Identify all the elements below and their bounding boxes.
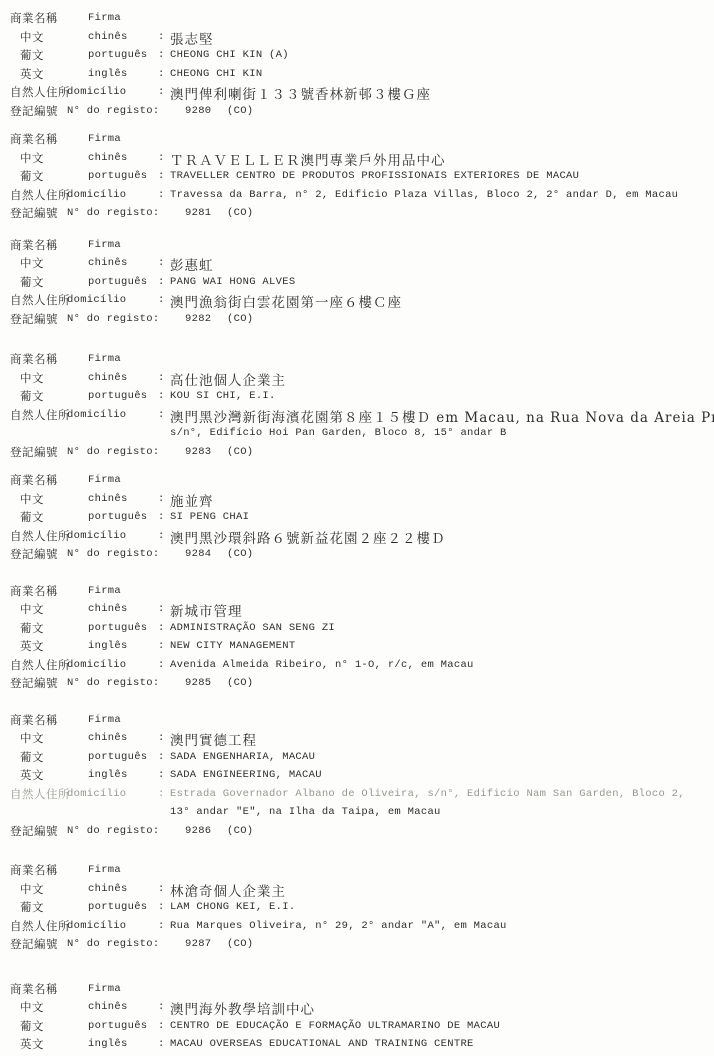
- english-label-zh: 英文: [20, 638, 44, 654]
- english-name-row: 英文 inglês : SADA ENGINEERING, MACAU: [0, 765, 714, 784]
- english-label-zh: 英文: [20, 767, 44, 783]
- colon-separator: :: [158, 294, 165, 306]
- colon-separator: :: [158, 372, 165, 384]
- domicile-label-zh: 自然人住所: [10, 84, 70, 100]
- registry-label-zh: 登記編號: [10, 546, 58, 562]
- firm-label-pt: Firma: [88, 585, 121, 597]
- chinese-label-zh: 中文: [20, 29, 44, 45]
- chinese-name-row: 中文 chinês : ＴＲＡＶＥＬＬＥＲ澳門專業戶外用品中心: [0, 148, 714, 167]
- domicile-continuation-row: 13° andar "E", na Ilha da Taipa, em Maca…: [0, 802, 714, 821]
- colon-separator: :: [158, 1038, 165, 1050]
- registry-number-row: 登記編號 N° do registo: 9282 (CO): [0, 309, 714, 328]
- colon-separator: :: [158, 257, 165, 269]
- portuguese-name-value: KOU SI CHI, E.I.: [170, 390, 276, 402]
- registry-entry: 商業名稱 Firma 中文 chinês : ＴＲＡＶＥＬＬＥＲ澳門專業戶外用品…: [0, 129, 714, 222]
- domicile-row: 自然人住所 domicílio : 澳門俾利喇街１３３號香林新邨３樓Ｇ座: [0, 82, 714, 101]
- chinese-name-row: 中文 chinês : 澳門海外教學培訓中心: [0, 997, 714, 1016]
- english-label-pt: inglês: [88, 640, 128, 652]
- registry-label-zh: 登記編號: [10, 311, 58, 327]
- firm-header-row: 商業名稱 Firma: [0, 470, 714, 489]
- domicile-label-pt: domicílio: [67, 86, 126, 98]
- colon-separator: :: [158, 901, 165, 913]
- domicile-label-zh: 自然人住所: [10, 292, 70, 308]
- portuguese-name-value: CHEONG CHI KIN (A): [170, 49, 289, 61]
- portuguese-label-zh: 葡文: [20, 1018, 44, 1034]
- firm-label-zh: 商業名稱: [10, 351, 58, 367]
- registry-type: (CO): [227, 207, 253, 219]
- colon-separator: :: [158, 659, 165, 671]
- chinese-name-row: 中文 chinês : 高仕池個人企業主: [0, 368, 714, 387]
- colon-separator: :: [158, 189, 165, 201]
- domicile-value: Estrada Governador Albano de Oliveira, s…: [170, 788, 685, 800]
- portuguese-name-value: PANG WAI HONG ALVES: [170, 276, 295, 288]
- portuguese-label-zh: 葡文: [20, 899, 44, 915]
- domicile-value-line2: s/n°, Edifício Hoi Pan Garden, Bloco 8, …: [170, 427, 507, 439]
- domicile-label-zh: 自然人住所: [10, 657, 70, 673]
- chinese-name-row: 中文 chinês : 澳門實德工程: [0, 728, 714, 747]
- registry-label-zh: 登記編號: [10, 103, 58, 119]
- english-name-value: MACAU OVERSEAS EDUCATIONAL AND TRAINING …: [170, 1038, 474, 1050]
- registry-label-zh: 登記編號: [10, 205, 58, 221]
- chinese-label-pt: chinês: [88, 152, 128, 164]
- chinese-label-pt: chinês: [88, 493, 128, 505]
- portuguese-name-row: 葡文 português : KOU SI CHI, E.I.: [0, 386, 714, 405]
- colon-separator: :: [158, 31, 165, 43]
- registry-entry: 商業名稱 Firma 中文 chinês : 彭惠虹 葡文 português …: [0, 235, 714, 328]
- portuguese-name-value: TRAVELLER CENTRO DE PRODUTOS PROFISSIONA…: [170, 170, 579, 182]
- chinese-label-zh: 中文: [20, 601, 44, 617]
- colon-separator: :: [158, 1001, 165, 1013]
- portuguese-name-row: 葡文 português : CENTRO DE EDUCAÇÃO E FORM…: [0, 1016, 714, 1035]
- portuguese-name-value: SI PENG CHAI: [170, 511, 249, 523]
- registry-label-pt: N° do registo:: [67, 548, 159, 560]
- firm-header-row: 商業名稱 Firma: [0, 129, 714, 148]
- portuguese-label-zh: 葡文: [20, 47, 44, 63]
- registry-label-zh: 登記編號: [10, 936, 58, 952]
- registry-entry: 商業名稱 Firma 中文 chinês : 新城市管理 葡文 portuguê…: [0, 581, 714, 692]
- firm-label-zh: 商業名稱: [10, 10, 58, 26]
- english-name-value: NEW CITY MANAGEMENT: [170, 640, 295, 652]
- portuguese-label-zh: 葡文: [20, 509, 44, 525]
- colon-separator: :: [158, 769, 165, 781]
- firm-label-pt: Firma: [88, 239, 121, 251]
- firm-label-zh: 商業名稱: [10, 472, 58, 488]
- firm-label-pt: Firma: [88, 983, 121, 995]
- chinese-label-zh: 中文: [20, 881, 44, 897]
- registry-number: 9286: [185, 825, 211, 837]
- firm-label-zh: 商業名稱: [10, 981, 58, 997]
- registry-type: (CO): [227, 446, 253, 458]
- registry-type: (CO): [227, 938, 253, 950]
- domicile-row: 自然人住所 domicílio : Travessa da Barra, n° …: [0, 185, 714, 204]
- portuguese-name-row: 葡文 português : PANG WAI HONG ALVES: [0, 272, 714, 291]
- chinese-name-row: 中文 chinês : 新城市管理: [0, 599, 714, 618]
- domicile-label-zh: 自然人住所: [10, 786, 70, 802]
- colon-separator: :: [158, 883, 165, 895]
- portuguese-label-zh: 葡文: [20, 749, 44, 765]
- registry-entry: 商業名稱 Firma 中文 chinês : 高仕池個人企業主 葡文 portu…: [0, 349, 714, 460]
- chinese-label-pt: chinês: [88, 603, 128, 615]
- registry-number: 9280: [185, 105, 211, 117]
- chinese-name-row: 中文 chinês : 林滄奇個人企業主: [0, 879, 714, 898]
- registry-label-zh: 登記編號: [10, 675, 58, 691]
- portuguese-label-pt: português: [88, 276, 147, 288]
- colon-separator: :: [158, 390, 165, 402]
- colon-separator: :: [158, 603, 165, 615]
- registry-number: 9287: [185, 938, 211, 950]
- portuguese-label-pt: português: [88, 901, 147, 913]
- registry-number: 9281: [185, 207, 211, 219]
- colon-separator: :: [158, 276, 165, 288]
- registry-label-pt: N° do registo:: [67, 446, 159, 458]
- firm-label-zh: 商業名稱: [10, 583, 58, 599]
- portuguese-name-row: 葡文 português : LAM CHONG KEI, E.I.: [0, 897, 714, 916]
- domicile-label-zh: 自然人住所: [10, 528, 70, 544]
- domicile-label-pt: domicílio: [67, 788, 126, 800]
- firm-header-row: 商業名稱 Firma: [0, 8, 714, 27]
- firm-label-zh: 商業名稱: [10, 237, 58, 253]
- portuguese-label-pt: português: [88, 390, 147, 402]
- firm-label-pt: Firma: [88, 12, 121, 24]
- registry-entry: 商業名稱 Firma 中文 chinês : 澳門實德工程 葡文 portugu…: [0, 710, 714, 840]
- english-name-value: SADA ENGINEERING, MACAU: [170, 769, 322, 781]
- colon-separator: :: [158, 920, 165, 932]
- portuguese-name-row: 葡文 português : SI PENG CHAI: [0, 507, 714, 526]
- portuguese-label-pt: português: [88, 49, 147, 61]
- firm-label-zh: 商業名稱: [10, 862, 58, 878]
- english-label-pt: inglês: [88, 1038, 128, 1050]
- registry-label-pt: N° do registo:: [67, 313, 159, 325]
- registry-label-pt: N° do registo:: [67, 207, 159, 219]
- colon-separator: :: [158, 68, 165, 80]
- english-name-row: 英文 inglês : CHEONG CHI KIN: [0, 64, 714, 83]
- domicile-label-zh: 自然人住所: [10, 407, 70, 423]
- firm-label-pt: Firma: [88, 474, 121, 486]
- registry-entry: 商業名稱 Firma 中文 chinês : 澳門海外教學培訓中心 葡文 por…: [0, 979, 714, 1053]
- colon-separator: :: [158, 86, 165, 98]
- portuguese-label-zh: 葡文: [20, 168, 44, 184]
- domicile-row: 自然人住所 domicílio : Estrada Governador Alb…: [0, 784, 714, 803]
- domicile-label-pt: domicílio: [67, 920, 126, 932]
- chinese-label-pt: chinês: [88, 257, 128, 269]
- firm-label-pt: Firma: [88, 864, 121, 876]
- domicile-label-pt: domicílio: [67, 189, 126, 201]
- registry-number-row: 登記編號 N° do registo: 9287 (CO): [0, 934, 714, 953]
- registry-number-row: 登記編號 N° do registo: 9281 (CO): [0, 203, 714, 222]
- portuguese-name-value: ADMINISTRAÇÃO SAN SENG ZI: [170, 622, 335, 634]
- chinese-label-zh: 中文: [20, 730, 44, 746]
- firm-header-row: 商業名稱 Firma: [0, 235, 714, 254]
- english-label-zh: 英文: [20, 1036, 44, 1052]
- chinese-label-pt: chinês: [88, 732, 128, 744]
- chinese-label-pt: chinês: [88, 883, 128, 895]
- domicile-value-line2: 13° andar "E", na Ilha da Taipa, em Maca…: [170, 806, 441, 818]
- chinese-label-pt: chinês: [88, 372, 128, 384]
- registry-number: 9282: [185, 313, 211, 325]
- chinese-name-row: 中文 chinês : 施並齊: [0, 489, 714, 508]
- registry-number-row: 登記編號 N° do registo: 9280 (CO): [0, 101, 714, 120]
- firm-label-zh: 商業名稱: [10, 712, 58, 728]
- colon-separator: :: [158, 409, 165, 421]
- registry-entry: 商業名稱 Firma 中文 chinês : 張志堅 葡文 português …: [0, 8, 714, 119]
- domicile-row: 自然人住所 domicílio : 澳門漁翁街白雲花園第一座６樓Ｃ座: [0, 290, 714, 309]
- portuguese-label-zh: 葡文: [20, 274, 44, 290]
- registry-number: 9283: [185, 446, 211, 458]
- domicile-label-pt: domicílio: [67, 294, 126, 306]
- portuguese-name-row: 葡文 português : ADMINISTRAÇÃO SAN SENG ZI: [0, 618, 714, 637]
- colon-separator: :: [158, 732, 165, 744]
- firm-header-row: 商業名稱 Firma: [0, 979, 714, 998]
- domicile-row: 自然人住所 domicílio : Rua Marques Oliveira, …: [0, 916, 714, 935]
- domicile-label-zh: 自然人住所: [10, 918, 70, 934]
- registry-number-row: 登記編號 N° do registo: 9284 (CO): [0, 544, 714, 563]
- domicile-label-zh: 自然人住所: [10, 187, 70, 203]
- firm-label-pt: Firma: [88, 133, 121, 145]
- chinese-label-zh: 中文: [20, 491, 44, 507]
- portuguese-name-value: SADA ENGENHARIA, MACAU: [170, 751, 315, 763]
- registry-number-row: 登記編號 N° do registo: 9285 (CO): [0, 673, 714, 692]
- colon-separator: :: [158, 640, 165, 652]
- registry-label-pt: N° do registo:: [67, 825, 159, 837]
- english-name-value: CHEONG CHI KIN: [170, 68, 262, 80]
- registry-type: (CO): [227, 548, 253, 560]
- colon-separator: :: [158, 49, 165, 61]
- domicile-row: 自然人住所 domicílio : 澳門黑沙灣新街海濱花園第８座１５樓Ｄ em …: [0, 405, 714, 424]
- firm-header-row: 商業名稱 Firma: [0, 349, 714, 368]
- colon-separator: :: [158, 788, 165, 800]
- portuguese-label-zh: 葡文: [20, 388, 44, 404]
- portuguese-label-pt: português: [88, 1020, 147, 1032]
- portuguese-name-row: 葡文 português : SADA ENGENHARIA, MACAU: [0, 747, 714, 766]
- registry-entry: 商業名稱 Firma 中文 chinês : 施並齊 葡文 português …: [0, 470, 714, 563]
- domicile-continuation-row: s/n°, Edifício Hoi Pan Garden, Bloco 8, …: [0, 423, 714, 442]
- colon-separator: :: [158, 1020, 165, 1032]
- registry-type: (CO): [227, 677, 253, 689]
- registry-entry: 商業名稱 Firma 中文 chinês : 林滄奇個人企業主 葡文 portu…: [0, 860, 714, 953]
- colon-separator: :: [158, 170, 165, 182]
- registry-type: (CO): [227, 105, 253, 117]
- chinese-name-row: 中文 chinês : 張志堅: [0, 27, 714, 46]
- firm-label-pt: Firma: [88, 353, 121, 365]
- domicile-value: Avenida Almeida Ribeiro, n° 1-O, r/c, em…: [170, 659, 474, 671]
- colon-separator: :: [158, 152, 165, 164]
- portuguese-name-row: 葡文 português : TRAVELLER CENTRO DE PRODU…: [0, 166, 714, 185]
- portuguese-label-pt: português: [88, 751, 147, 763]
- portuguese-label-pt: português: [88, 170, 147, 182]
- registry-number-row: 登記編號 N° do registo: 9286 (CO): [0, 821, 714, 840]
- registry-label-pt: N° do registo:: [67, 938, 159, 950]
- portuguese-label-pt: português: [88, 622, 147, 634]
- firm-label-pt: Firma: [88, 714, 121, 726]
- registry-number-row: 登記編號 N° do registo: 9283 (CO): [0, 442, 714, 461]
- domicile-label-pt: domicílio: [67, 530, 126, 542]
- english-name-row: 英文 inglês : NEW CITY MANAGEMENT: [0, 636, 714, 655]
- firm-header-row: 商業名稱 Firma: [0, 710, 714, 729]
- domicile-value: Travessa da Barra, n° 2, Edificio Plaza …: [170, 189, 678, 201]
- registry-type: (CO): [227, 825, 253, 837]
- firm-label-zh: 商業名稱: [10, 131, 58, 147]
- colon-separator: :: [158, 751, 165, 763]
- chinese-label-pt: chinês: [88, 31, 128, 43]
- firm-header-row: 商業名稱 Firma: [0, 860, 714, 879]
- registry-label-pt: N° do registo:: [67, 677, 159, 689]
- chinese-label-zh: 中文: [20, 370, 44, 386]
- colon-separator: :: [158, 530, 165, 542]
- domicile-label-pt: domicílio: [67, 659, 126, 671]
- chinese-label-zh: 中文: [20, 999, 44, 1015]
- registry-document-page: 商業名稱 Firma 中文 chinês : 張志堅 葡文 português …: [0, 0, 714, 1056]
- registry-label-zh: 登記編號: [10, 444, 58, 460]
- chinese-label-zh: 中文: [20, 150, 44, 166]
- english-label-pt: inglês: [88, 68, 128, 80]
- domicile-row: 自然人住所 domicílio : Avenida Almeida Ribeir…: [0, 655, 714, 674]
- registry-label-zh: 登記編號: [10, 823, 58, 839]
- domicile-value: Rua Marques Oliveira, n° 29, 2° andar "A…: [170, 920, 507, 932]
- portuguese-name-value: CENTRO DE EDUCAÇÃO E FORMAÇÃO ULTRAMARIN…: [170, 1020, 500, 1032]
- firm-header-row: 商業名稱 Firma: [0, 581, 714, 600]
- chinese-label-zh: 中文: [20, 255, 44, 271]
- registry-type: (CO): [227, 313, 253, 325]
- english-label-zh: 英文: [20, 66, 44, 82]
- colon-separator: :: [158, 511, 165, 523]
- portuguese-label-pt: português: [88, 511, 147, 523]
- registry-number: 9284: [185, 548, 211, 560]
- portuguese-label-zh: 葡文: [20, 620, 44, 636]
- domicile-label-pt: domicílio: [67, 409, 126, 421]
- english-label-pt: inglês: [88, 769, 128, 781]
- registry-label-pt: N° do registo:: [67, 105, 159, 117]
- portuguese-name-value: LAM CHONG KEI, E.I.: [170, 901, 295, 913]
- english-name-row: 英文 inglês : MACAU OVERSEAS EDUCATIONAL A…: [0, 1034, 714, 1053]
- colon-separator: :: [158, 493, 165, 505]
- portuguese-name-row: 葡文 português : CHEONG CHI KIN (A): [0, 45, 714, 64]
- registry-number: 9285: [185, 677, 211, 689]
- chinese-label-pt: chinês: [88, 1001, 128, 1013]
- colon-separator: :: [158, 622, 165, 634]
- chinese-name-row: 中文 chinês : 彭惠虹: [0, 253, 714, 272]
- domicile-row: 自然人住所 domicílio : 澳門黑沙環斜路６號新益花園２座２２樓Ｄ: [0, 526, 714, 545]
